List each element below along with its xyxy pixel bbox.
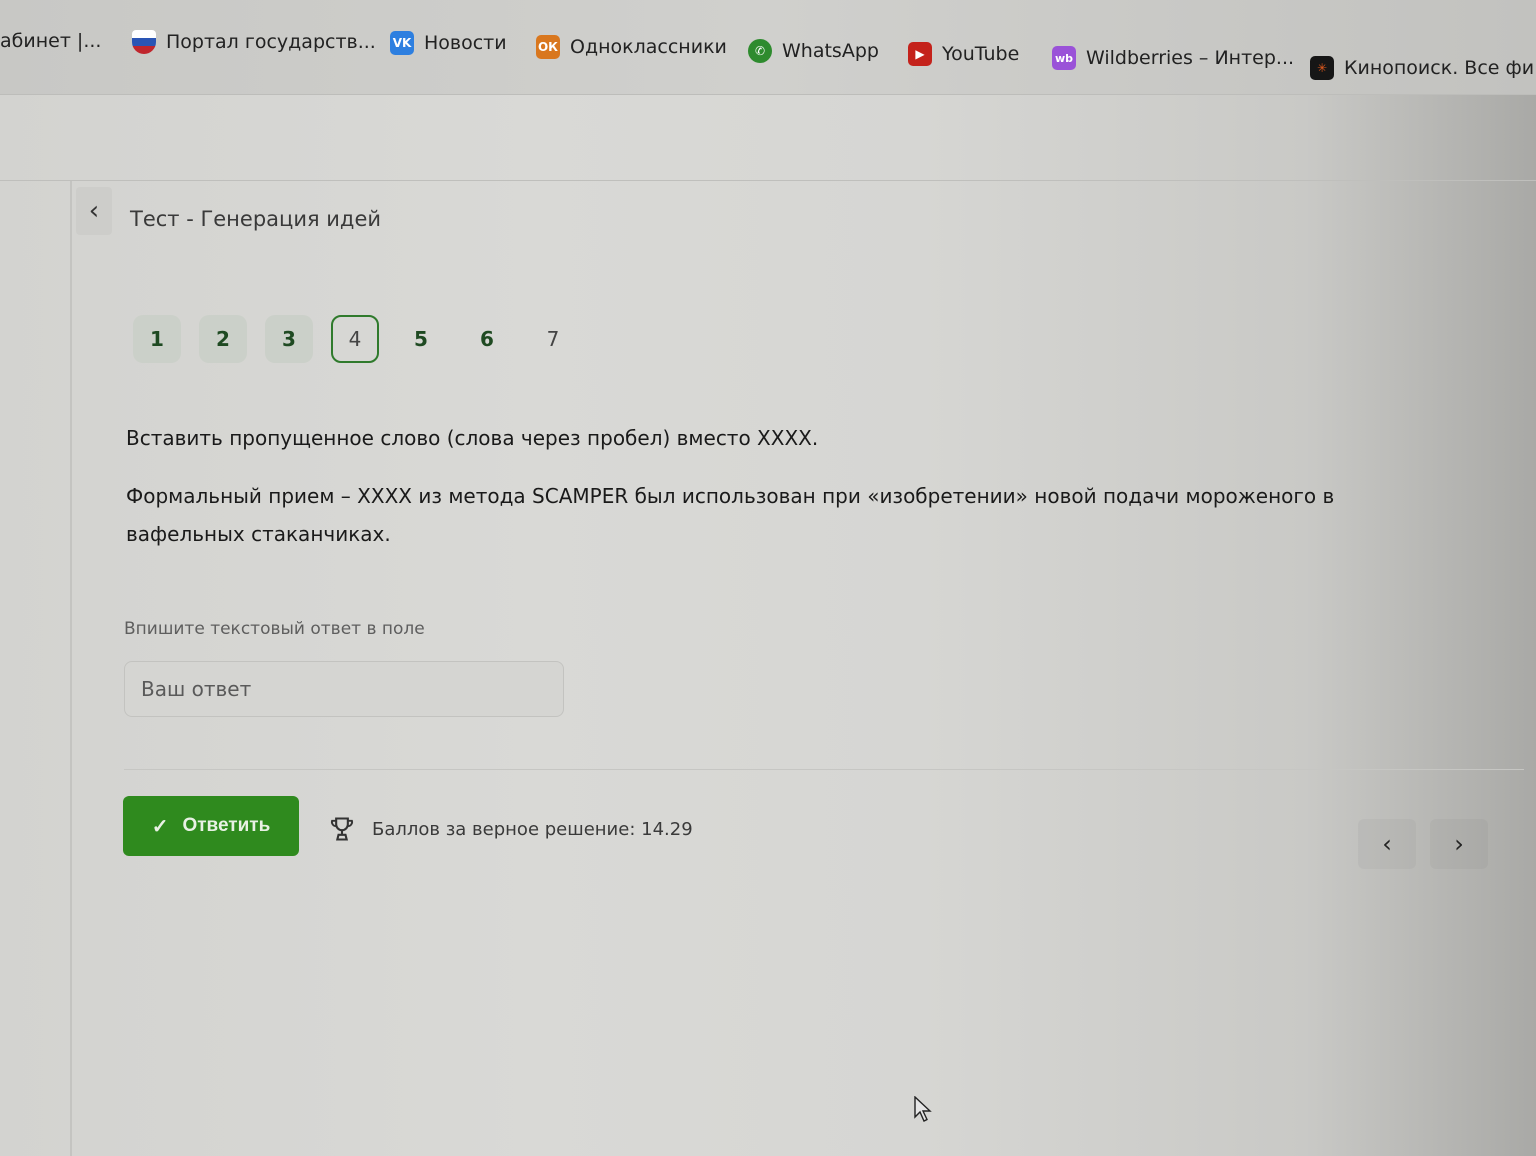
left-sidebar	[0, 181, 72, 1156]
question-tab-6[interactable]: 6	[463, 315, 511, 363]
question-body: Вставить пропущенное слово (слова через …	[126, 419, 1426, 553]
chevron-left-icon: ‹	[89, 196, 99, 226]
screen: абинет |... Портал государств... VK Ново…	[0, 0, 1536, 1156]
bookmark-kinopoisk[interactable]: ✳ Кинопоиск. Все фи...	[1310, 56, 1536, 80]
question-tab-7[interactable]: 7	[529, 315, 577, 363]
bookmark-label: YouTube	[942, 43, 1019, 65]
question-instruction: Вставить пропущенное слово (слова через …	[126, 419, 1426, 457]
bookmark-label: Кинопоиск. Все фи...	[1344, 57, 1536, 79]
bookmark-gosuslugi[interactable]: Портал государств...	[132, 30, 376, 54]
page-title: Тест - Генерация идей	[130, 207, 381, 231]
russia-flag-icon	[132, 30, 156, 54]
youtube-icon: ▶	[908, 42, 932, 66]
whatsapp-icon: ✆	[748, 39, 772, 63]
chevron-left-icon: ‹	[1382, 830, 1392, 858]
submit-label: Ответить	[182, 815, 270, 837]
bookmark-label: Одноклассники	[570, 36, 727, 58]
bookmark-vk-news[interactable]: VK Новости	[390, 31, 507, 55]
next-question-button[interactable]: ›	[1430, 819, 1488, 869]
mouse-cursor-icon	[914, 1096, 934, 1124]
question-tab-4-current[interactable]: 4	[331, 315, 379, 363]
bookmark-label: абинет |...	[0, 30, 101, 52]
bookmark-label: Новости	[424, 32, 507, 54]
kinopoisk-icon: ✳	[1310, 56, 1334, 80]
bookmark-label: Wildberries – Интер...	[1086, 47, 1294, 69]
bookmark-label: Портал государств...	[166, 31, 376, 53]
back-button[interactable]: ‹	[76, 187, 112, 235]
answer-input[interactable]	[124, 661, 564, 717]
bookmark-odnoklassniki[interactable]: ОК Одноклассники	[536, 35, 727, 59]
chevron-right-icon: ›	[1454, 830, 1464, 858]
previous-question-button[interactable]: ‹	[1358, 819, 1416, 869]
question-tab-3[interactable]: 3	[265, 315, 313, 363]
question-tab-1[interactable]: 1	[133, 315, 181, 363]
ok-icon: ОК	[536, 35, 560, 59]
bookmark-label: WhatsApp	[782, 40, 879, 62]
bookmark-whatsapp[interactable]: ✆ WhatsApp	[748, 39, 879, 63]
question-tab-5[interactable]: 5	[397, 315, 445, 363]
question-tab-2[interactable]: 2	[199, 315, 247, 363]
question-navigator: 1 2 3 4 5 6 7	[133, 315, 577, 363]
bookmarks-bar: абинет |... Портал государств... VK Ново…	[0, 0, 1536, 95]
bookmark-cabinet[interactable]: абинет |...	[0, 30, 101, 52]
trophy-icon	[328, 815, 356, 843]
score-text: Баллов за верное решение: 14.29	[372, 819, 693, 840]
test-page: ‹ Тест - Генерация идей 1 2 3 4 5 6 7 Вс…	[0, 180, 1536, 1156]
bookmark-youtube[interactable]: ▶ YouTube	[908, 42, 1019, 66]
score-info: Баллов за верное решение: 14.29	[328, 815, 693, 843]
check-icon: ✓	[152, 814, 169, 839]
vk-icon: VK	[390, 31, 414, 55]
divider	[124, 769, 1524, 770]
question-pager: ‹ ›	[1358, 819, 1488, 869]
wildberries-icon: wb	[1052, 46, 1076, 70]
question-text: Формальный прием – XXXX из метода SCAMPE…	[126, 477, 1426, 553]
answer-label: Впишите текстовый ответ в поле	[124, 619, 425, 639]
submit-answer-button[interactable]: ✓ Ответить	[123, 796, 299, 856]
bookmark-wildberries[interactable]: wb Wildberries – Интер...	[1052, 46, 1294, 70]
